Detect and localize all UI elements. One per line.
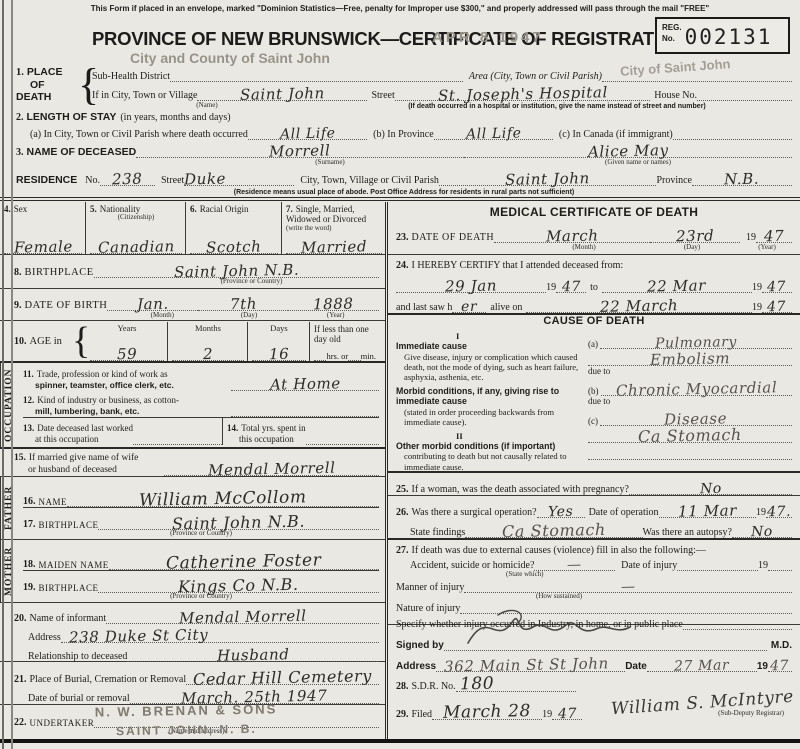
burial-place-label: Place of Burial, Cremation or Removal (30, 674, 187, 685)
stay-paren: (in years, months and days) (120, 112, 230, 123)
left-column: 4.Sex Female 5.Nationality (Citizenship)… (0, 202, 388, 739)
row-industry: 12.Kind of industry or business, as cott… (23, 391, 379, 417)
filed-year: 47 (557, 707, 576, 721)
residence-label: RESIDENCE (16, 174, 77, 186)
reg-no-labels: REG. No. (657, 19, 685, 45)
section-length-of-stay: 2. LENGTH OF STAY (in years, months and … (0, 110, 800, 140)
reg-label: REG. (662, 23, 682, 34)
row-sex-nationality: 4.Sex Female 5.Nationality (Citizenship)… (0, 202, 385, 254)
residence-province-value: N.B. (724, 172, 759, 188)
row-sdr-filed: 28. S.D.R. No. 180 29. Filed March 28 19… (388, 672, 800, 720)
dod-year: 47 (764, 229, 785, 244)
manner-label: Manner of injury (396, 582, 464, 593)
dod-month-field: March (494, 227, 650, 243)
residence-street-field: Duke (184, 170, 294, 186)
nationality-caption: (Citizenship) (90, 214, 182, 222)
title-bar: PROVINCE OF NEW BRUNSWICK—CERTIFICATE OF… (0, 14, 800, 60)
date-received-stamp: APR 8 1947 (432, 29, 544, 46)
residence-province-field: N.B. (692, 170, 792, 186)
dod-day-field: 23rd (650, 227, 740, 243)
date-of-death-label: DATE OF DEATH (412, 232, 495, 243)
given-caption: (Given name or names) (484, 159, 792, 167)
operation-date-field: 11 Mar (659, 502, 756, 518)
maiden-name-field: Catherine Foster (109, 552, 379, 570)
informant-address-value: 238 Duke St City (69, 628, 209, 646)
mother-group: MOTHER 18. MAIDEN NAME Catherine Foster … (0, 540, 385, 602)
racial-origin-label: Racial Origin (200, 204, 249, 214)
dob-year-field: 1888 (288, 295, 379, 311)
marital-label: Single, Married, Widowed or Divorced (286, 204, 366, 224)
birthplace-field: Saint John N.B. (94, 262, 379, 278)
autopsy-label: Was there an autopsy? (643, 527, 732, 538)
accident-dash: — (567, 558, 582, 572)
informant-address-field: 238 Duke St City (61, 627, 379, 643)
racial-origin-value: Scotch (206, 239, 262, 255)
right-column: MEDICAL CERTIFICATE OF DEATH 23. DATE OF… (388, 202, 800, 739)
attended-from-year: 47 (561, 280, 580, 294)
row-operation: 26. Was there a surgical operation? Yes … (388, 496, 800, 538)
birthplace-value: Saint John N.B. (173, 263, 299, 281)
stay-c-label: (c) In Canada (if immigrant) (559, 129, 673, 140)
residence-no-field: 238 (100, 170, 155, 186)
row-mother-birthplace: 19. BIRTHPLACE Kings Co N.B. (Province o… (23, 571, 379, 601)
village-label: If in City, Town or Village (92, 90, 197, 101)
cause-other-value: Ca Stomach (638, 427, 742, 445)
physician-address-field: 362 Main St St John (436, 656, 625, 672)
sdr-value: 180 (460, 676, 495, 694)
how-sustained-caption: (How sustained) (396, 593, 792, 601)
row-date-of-birth: 9. DATE OF BIRTH Jan. 7th 1888 (Month) (… (0, 289, 385, 320)
attended-from: 29 Jan (445, 278, 497, 294)
nature-field (460, 606, 792, 614)
residence-parish-value: Saint John (505, 171, 590, 188)
last-saw-date: 22 March (600, 298, 679, 315)
undertaker-stamp-city: SAINT JOHN, N. B. (95, 719, 278, 739)
dob-day-field: 7th (198, 295, 289, 311)
last-saw-date-field: 22 March (526, 297, 752, 313)
filed-date-field: March 28 (432, 702, 542, 720)
father-name-value: William McCollom (139, 489, 307, 510)
dod-month: March (546, 228, 599, 244)
row-signed: Signed by M.D. Address 362 Main St St Jo… (388, 625, 800, 672)
father-name-field: William McCollom (67, 489, 379, 507)
attended-to-field: 22 Mar (602, 277, 752, 293)
industry-label-2: mill, lumbering, bank, etc. (23, 406, 139, 416)
row-undertaker: 22. UNDERTAKER (Name and address) N. W. … (0, 705, 385, 739)
residence-street-value: Duke (184, 172, 226, 188)
age-days-value: 16 (269, 347, 290, 362)
row-date-of-death: 23. DATE OF DEATH March 23rd 19 47 (Mont… (388, 220, 800, 254)
last-saw-year: 47 (767, 300, 786, 314)
registrar-signature-block: William S. McIntyre (Sub-Deputy Registra… (611, 693, 794, 718)
last-saw-label-2: alive on (490, 302, 522, 313)
informant-label: Name of informant (30, 613, 107, 624)
stay-a-field: All Life (248, 125, 367, 140)
dod-day: 23rd (676, 229, 715, 245)
stay-c-field (673, 132, 792, 140)
pregnancy-field: No (629, 480, 792, 495)
cause-b-value: Chronic Myocardial (615, 380, 777, 398)
house-no-field (697, 93, 792, 101)
residence-no-label: No. (85, 175, 100, 186)
marital-value: Married (301, 239, 367, 255)
stay-b-label: (b) In Province (373, 129, 434, 140)
informant-field: Mendal Morrell (106, 608, 379, 624)
racial-origin-field: Scotch (190, 238, 278, 254)
operation-label: Was there a surgical operation? (412, 507, 537, 518)
dob-day: 7th (230, 297, 257, 313)
deceased-number: 3. (16, 147, 24, 158)
father-birthplace-value: Saint John N.B. (172, 514, 305, 533)
industry-label-1: Kind of industry or business, as cotton- (37, 395, 179, 405)
operation-field: Yes (537, 503, 585, 518)
father-side-label: FATHER (0, 477, 17, 539)
mail-notice: This Form if placed in an envelope, mark… (0, 0, 800, 14)
accident-field: — (534, 556, 615, 571)
operation-value: Yes (548, 505, 574, 520)
certify-label: I HEREBY CERTIFY that I attended decease… (412, 260, 624, 271)
mother-birthplace-value: Kings Co N.B. (178, 577, 299, 596)
surname-value: Morrell (269, 143, 331, 159)
operation-date-value: 11 Mar (678, 503, 737, 519)
other-morbid-label: Other morbid conditions (if important) (396, 441, 582, 451)
row-spouse: 15.If married give name of wife or husba… (0, 449, 385, 476)
father-name-label: NAME (39, 497, 68, 507)
age-days-label: Days (252, 324, 306, 333)
marital-caption: (write the word) (286, 225, 382, 233)
burial-place-field: Cedar Hill Cemetery (186, 668, 379, 685)
burial-place-value: Cedar Hill Cemetery (193, 668, 372, 688)
cause-of-death-title: CAUSE OF DEATH (388, 315, 800, 330)
area-label: Area (City, Town or Civil Parish) (469, 71, 602, 82)
external-causes-label: If death was due to external causes (vio… (412, 545, 706, 556)
residence-note: (Residence means usual place of abode. P… (16, 189, 792, 196)
hospital-note: (If death occurred in a hospital or inst… (322, 103, 792, 110)
sex-value: Female (13, 239, 72, 255)
village-value: Saint John (240, 86, 325, 103)
other-morbid-text: contributing to death but not causally r… (396, 451, 582, 471)
age-days-field: 16 (252, 345, 306, 361)
spouse-value: Mendal Morrell (208, 461, 336, 479)
pregnancy-label: If a woman, was the death associated wit… (412, 484, 629, 495)
informant-value: Mendal Morrell (179, 609, 307, 627)
age-months-field: 2 (172, 345, 244, 361)
village-field: Saint John (197, 85, 367, 101)
cause-of-death-section: I Immediate cause Give disease, injury o… (388, 330, 800, 471)
cause-instructions: I Immediate cause Give disease, injury o… (388, 330, 584, 471)
age-months-label: Months (172, 324, 244, 333)
sex-cell: 4.Sex Female (0, 202, 86, 254)
injury-date-field (677, 563, 758, 571)
birthplace-label: BIRTHPLACE (25, 267, 94, 278)
residence-parish-label: City, Town, Village or Civil Parish (300, 175, 439, 186)
stay-b-value: All Life (465, 126, 521, 141)
manner-dash: — (621, 580, 636, 594)
trade-field: At Home (231, 375, 379, 391)
cause-a-value-2: Embolism (650, 351, 730, 368)
place-number: 1. (16, 67, 24, 78)
surname-caption: (Surname) (176, 159, 484, 167)
marital-cell: 7.Single, Married, Widowed or Divorced (… (282, 202, 385, 254)
total-yrs-field (306, 437, 379, 445)
morbid-conditions-text: (stated in order proceeding backwards fr… (396, 407, 582, 427)
autopsy-value: No (751, 525, 773, 539)
dod-year-field: 47 (756, 227, 792, 243)
row-certify: 24. I HEREBY CERTIFY that I attended dec… (388, 255, 800, 313)
relationship-value: Husband (217, 647, 290, 664)
trade-value: At Home (269, 376, 340, 392)
row-informant: 20. Name of informant Mendal Morrell Add… (0, 603, 385, 661)
attended-to: 22 Mar (647, 278, 706, 294)
place-of-death-label: 1.PLACE OF DEATH (16, 60, 78, 110)
sdr-field: 180 (456, 674, 576, 692)
nationality-cell: 5.Nationality (Citizenship) Canadian (86, 202, 186, 254)
injury-date-label: Date of injury (621, 560, 677, 571)
cause-b-field: Chronic Myocardial (601, 380, 793, 396)
filed-label: Filed (412, 709, 433, 720)
nature-label: Nature of injury (396, 603, 460, 614)
trade-label-2: spinner, teamster, office clerk, etc. (23, 380, 174, 390)
age-brace: { (72, 322, 86, 361)
row-father-birthplace: 17. BIRTHPLACE Saint John N.B. (Province… (23, 508, 379, 538)
operation-year: 47. (767, 505, 791, 520)
section-divider (0, 197, 800, 201)
area-field (602, 74, 792, 82)
registration-number: 002131 (685, 25, 773, 49)
mother-side-label: MOTHER (0, 540, 17, 602)
given-name-value: Alice May (588, 143, 669, 160)
filed-date-value: March 28 (443, 703, 531, 722)
row-last-worked: 13.Date deceased last worked at this occ… (23, 417, 379, 445)
registration-number-box: REG. No. 002131 (655, 17, 790, 54)
stay-a-label: (a) In City, Town or Civil Parish where … (16, 129, 248, 140)
findings-field: Ca Stomach (465, 521, 642, 538)
stay-a-value: All Life (280, 126, 336, 141)
age-years-label: Years (90, 324, 164, 333)
dob-month: Jan. (137, 297, 169, 313)
residence-street-label: Street (161, 175, 184, 186)
age-years-field: 59 (90, 345, 164, 361)
row-mother-maiden: 18. MAIDEN NAME Catherine Foster (23, 540, 379, 570)
informant-address-label: Address (14, 632, 61, 643)
row-external-causes: 27. If death was due to external causes … (388, 540, 800, 624)
row-trade: 11.Trade, profession or kind of work as … (23, 365, 379, 391)
cause-other-field: Ca Stomach (588, 426, 792, 443)
residence-parish-field: Saint John (439, 170, 657, 186)
autopsy-field: No (732, 523, 792, 538)
medical-certificate-title: MEDICAL CERTIFICATE OF DEATH (388, 202, 800, 220)
name-caption: (Name) (92, 102, 322, 110)
father-birthplace-label: BIRTHPLACE (39, 520, 99, 530)
attended-to-year: 47 (767, 280, 786, 294)
section-name-of-deceased: 3. NAME OF DECEASED Morrell Alice May (S… (0, 140, 800, 197)
street-label: Street (371, 90, 394, 101)
trade-label-1: Trade, profession or kind of work as (37, 369, 168, 379)
row-birthplace: 8. BIRTHPLACE Saint John N.B. (Province … (0, 255, 385, 288)
dob-year: 1888 (313, 297, 354, 313)
father-group: FATHER 16. NAME William McCollom 17. BIR… (0, 477, 385, 539)
last-worked-field (133, 437, 222, 445)
street-field: St. Joseph's Hospital (395, 85, 650, 101)
attended-from-field: 29 Jan (396, 277, 546, 293)
mother-birthplace-field: Kings Co N.B. (98, 576, 379, 593)
cause-a-field: Pulmonary (600, 334, 792, 349)
residence-province-label: Province (656, 175, 692, 186)
signed-by-label: Signed by (396, 640, 444, 651)
age-years-value: 59 (117, 347, 138, 362)
relationship-field: Husband (127, 646, 379, 662)
morbid-conditions-label: Morbid conditions, if any, giving rise t… (396, 386, 582, 407)
pregnancy-value: No (699, 482, 721, 496)
marital-field: Married (286, 238, 382, 254)
row-pregnancy: 25. If a woman, was the death associated… (388, 473, 800, 495)
physician-address-label: Address (396, 661, 436, 672)
age-months-value: 2 (203, 347, 213, 362)
residence-no-value: 238 (112, 172, 143, 188)
undertaker-label: UNDERTAKER (30, 718, 95, 728)
deceased-label: NAME OF DECEASED (27, 146, 137, 158)
occupation-side-label: OCCUPATION (0, 363, 17, 447)
date-of-birth-label: DATE OF BIRTH (25, 300, 108, 311)
relationship-label: Relationship to deceased (14, 651, 127, 662)
row-age: 10. AGE in { Years 59 Months 2 Days 1 (0, 321, 385, 361)
county-stamp: City and County of Saint John (130, 50, 330, 66)
industry-field (231, 409, 379, 417)
nationality-value: Canadian (97, 239, 174, 256)
stay-label: LENGTH OF STAY (27, 111, 117, 123)
street-value: St. Joseph's Hospital (437, 85, 607, 104)
surname-field: Morrell (136, 142, 464, 158)
no-label: No. (662, 34, 682, 45)
nationality-field: Canadian (90, 238, 182, 254)
total-yrs-label-1: Total yrs. spent in (241, 423, 305, 433)
findings-label: State findings (396, 527, 465, 538)
sex-field: Female (4, 238, 82, 254)
sub-health-district-label: Sub-Health District (92, 71, 170, 82)
spouse-label-2: or husband of deceased (14, 465, 117, 475)
cause-entries: (a) Pulmonary Embolism due to (b) Chroni… (584, 330, 800, 471)
death-certificate-form: This Form if placed in an envelope, mark… (0, 0, 800, 749)
place-brace: { (78, 60, 92, 110)
row-father-name: 16. NAME William McCollom (23, 477, 379, 507)
occupation-group: OCCUPATION 11.Trade, profession or kind … (0, 363, 385, 447)
father-birthplace-field: Saint John N.B. (98, 513, 379, 530)
sdr-label: S.D.R. No. (412, 681, 456, 692)
mother-birthplace-label: BIRTHPLACE (39, 583, 99, 593)
last-saw-fill: er (461, 300, 477, 314)
spouse-label-1: If married give name of wife (29, 453, 138, 463)
signed-by-field (444, 643, 767, 651)
immediate-cause-text: Give disease, injury or complication whi… (396, 352, 582, 382)
findings-value: Ca Stomach (502, 522, 606, 540)
age-label: AGE in (30, 336, 62, 347)
total-yrs-label-2: this occupation (227, 434, 294, 444)
signed-date-label: Date (625, 661, 647, 672)
maiden-name-value: Catherine Foster (166, 552, 322, 572)
house-no-label: House No. (654, 90, 697, 101)
age-less-label: If less than one day old (314, 324, 376, 344)
immediate-cause-label: Immediate cause (396, 341, 582, 351)
last-saw-label-1: and last saw h (396, 302, 452, 313)
cause-c-field: Disease (600, 410, 792, 426)
stay-b-field: All Life (434, 125, 553, 140)
sub-health-district-field (170, 74, 463, 82)
md-label: M.D. (771, 640, 792, 651)
manner-field: — (464, 578, 792, 593)
maiden-name-label: MAIDEN NAME (39, 560, 109, 570)
undertaker-stamp-name: N. W. BRENAN & SONS (95, 699, 278, 722)
dob-month-field: Jan. (107, 295, 198, 311)
given-name-field: Alice May (464, 142, 792, 158)
last-worked-label-2: at this occupation (23, 434, 98, 444)
last-worked-label-1: Date deceased last worked (37, 423, 133, 433)
spouse-field: Mendal Morrell (164, 460, 379, 476)
signed-date-field: 27 Mar (647, 657, 757, 672)
row-burial: 21. Place of Burial, Cremation or Remova… (0, 662, 385, 704)
stay-number: 2. (16, 112, 24, 123)
operation-date-label: Date of operation (589, 507, 659, 518)
undertaker-stamp: N. W. BRENAN & SONS SAINT JOHN, N. B. (95, 699, 278, 739)
racial-origin-cell: 6.Racial Origin Scotch (186, 202, 282, 254)
sex-label: Sex (14, 204, 28, 214)
